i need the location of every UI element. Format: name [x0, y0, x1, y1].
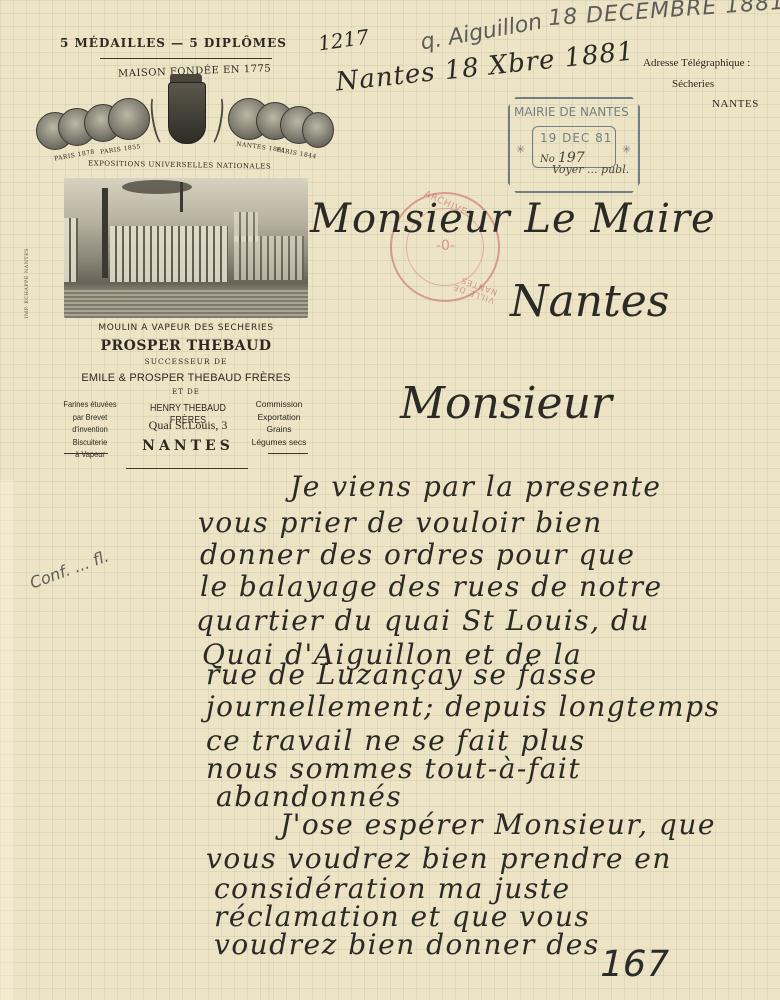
church-spire-shape [180, 182, 183, 212]
margin-note: Conf. ... fl. [27, 546, 111, 592]
successor-line: SUCCESSEUR DE [64, 357, 308, 366]
salutation: Monsieur [400, 378, 612, 429]
body-line: vous voudrez bien prendre en [206, 842, 672, 875]
product-item: Biscuiterie [61, 436, 119, 449]
product-item: Exportation [246, 411, 312, 424]
palm-icon [148, 93, 171, 147]
divider [64, 453, 108, 454]
company-city: NANTES [128, 438, 248, 454]
reference-number: 1217 [317, 25, 371, 56]
chimney-shape [102, 188, 108, 278]
factory-building [110, 226, 228, 282]
stamp-title: MAIRIE DE NANTES [514, 105, 629, 119]
star-icon: ✳ [516, 143, 525, 156]
company-address: Quai St.Louis, 3 [128, 418, 248, 433]
company-name: PROSPER THEBAUD [64, 338, 308, 354]
medal-icon [108, 98, 150, 140]
awards-line: 5 MÉDAILLES — 5 DIPLÔMES [60, 36, 287, 50]
place-date: Nantes 18 Xbre 1881 [334, 36, 636, 97]
product-item: par Brevet d'invention [61, 411, 119, 436]
medal-icon [302, 112, 334, 148]
stamp-date: 19 DEC 81 [540, 131, 612, 145]
body-line: vous prier de vouloir bien [198, 506, 603, 539]
recipient-line-2: Nantes [510, 276, 669, 327]
star-icon: ✳ [622, 143, 631, 156]
body-line: Je viens par la presente [290, 470, 661, 503]
body-line: quartier du quai St Louis, du [196, 604, 650, 637]
building [234, 212, 258, 242]
body-line: J'ose espérer Monsieur, que [280, 808, 716, 841]
and-of-line: ET DE [64, 388, 308, 396]
stamp-handwritten-note: Voyer ... publ. [552, 163, 629, 176]
telegraph-address: Sécheries [672, 78, 714, 90]
factory-engraving [64, 178, 308, 318]
body-line: voudrez bien donner des [214, 928, 600, 961]
archive-date-note: 18 DECEMBRE 1881 [547, 0, 780, 31]
product-item: Commission [246, 398, 312, 411]
coat-of-arms-icon [168, 82, 206, 144]
divider [268, 453, 308, 454]
divider [100, 58, 272, 59]
telegraph-label: Adresse Télégraphique : [643, 57, 750, 69]
medal-caption: PARIS 1844 [276, 146, 318, 160]
body-line: journellement; depuis longtemps [206, 690, 720, 723]
product-item: Farines étuvées [61, 398, 119, 411]
product-item: à Vapeur [61, 448, 119, 461]
products-left: Farines étuvées par Brevet d'invention B… [61, 398, 119, 461]
river-shape [64, 290, 308, 318]
mairie-stamp: MAIRIE DE NANTES 19 DEC 81 No 197 ✳ ✳ Vo… [508, 97, 640, 193]
products-right: Commission Exportation Grains Légumes se… [246, 398, 312, 448]
building [64, 218, 78, 282]
telegraph-city: NANTES [712, 98, 759, 110]
product-item: Grains [246, 423, 312, 436]
printer-mark: IMP. ÉCHAPPÉ NANTES [24, 248, 30, 318]
body-line: rue de Luzançay se fasse [206, 658, 598, 691]
mill-line: MOULIN A VAPEUR DES SECHERIES [64, 323, 308, 333]
exhibitions-line: EXPOSITIONS UNIVERSELLES NATIONALES [88, 159, 271, 170]
predecessor-line: EMILE & PROSPER THEBAUD FRÈRES [64, 372, 308, 384]
building [234, 236, 304, 280]
paper-edge [0, 480, 14, 1000]
medal-caption: PARIS 1855 [100, 143, 142, 156]
product-item: Légumes secs [246, 436, 312, 449]
divider [126, 468, 248, 469]
palm-icon [204, 93, 227, 147]
recipient-line-1: Monsieur Le Maire [310, 196, 716, 242]
body-line: le balayage des rues de notre [200, 570, 663, 603]
page-number: 167 [596, 944, 673, 985]
body-line: donner des ordres pour que [200, 538, 635, 571]
